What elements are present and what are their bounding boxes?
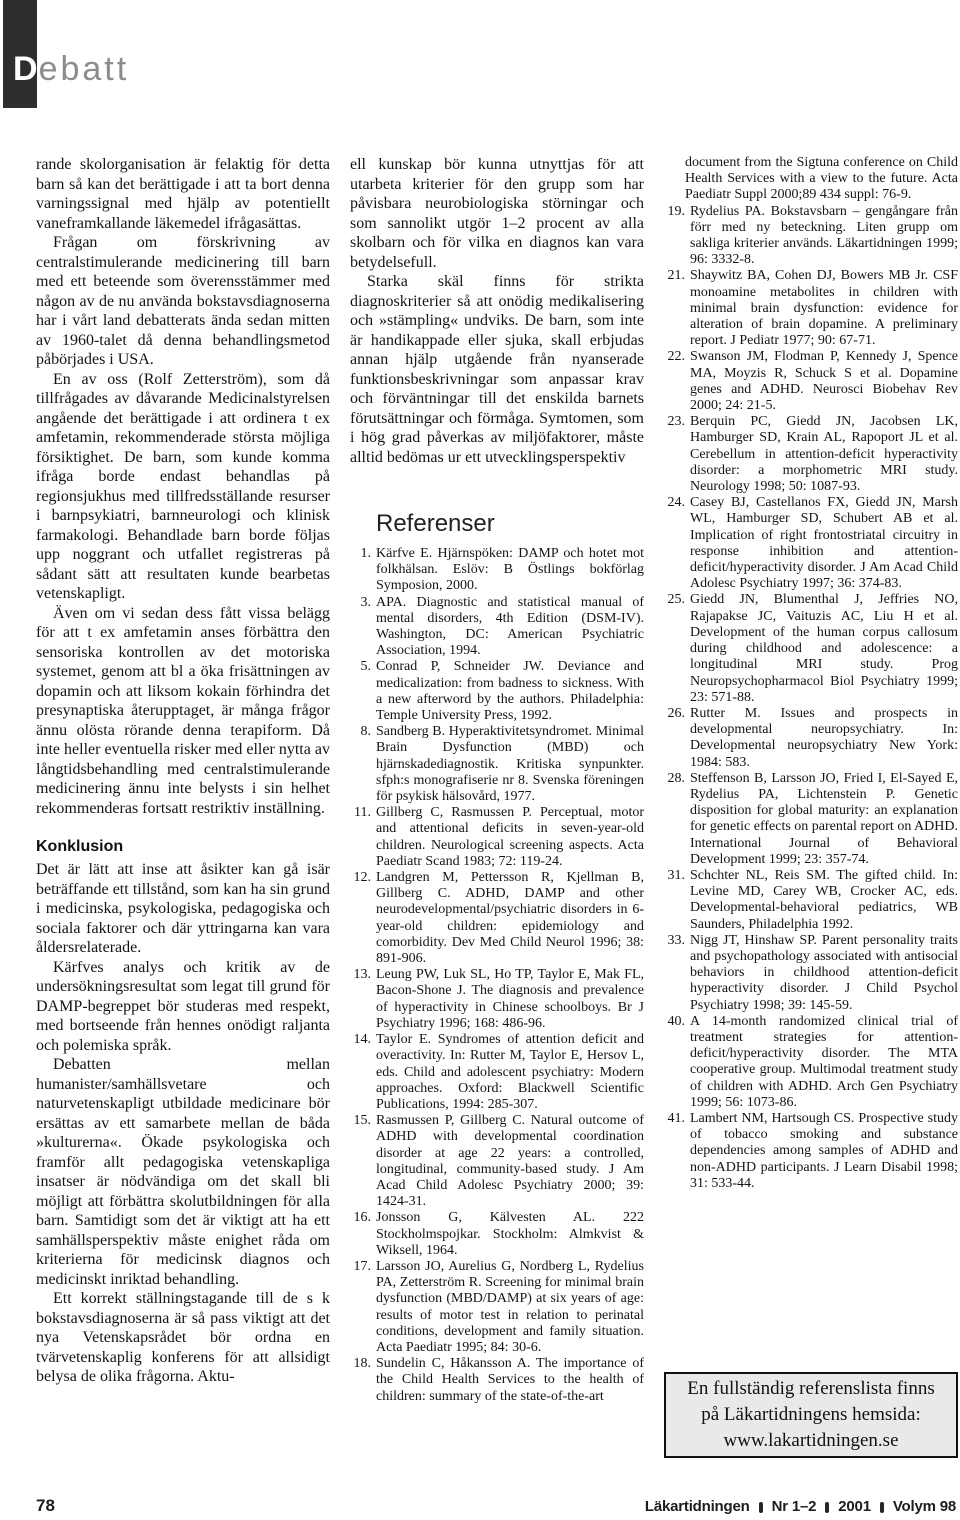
column-2: ell kunskap bör kunna utnyttjas för att … — [350, 155, 644, 1405]
reference-text: Swanson JM, Flodman P, Kennedy J, Spence… — [690, 349, 958, 413]
reference-item: 19.Rydelius PA. Bokstavsbarn – gengångar… — [664, 204, 958, 269]
footer-separator-icon — [759, 1502, 763, 1513]
reference-text: Gillberg C, Rasmussen P. Perceptual, mot… — [376, 805, 644, 869]
year-label: 2001 — [838, 1499, 871, 1515]
reference-item: 13.Leung PW, Luk SL, Ho TP, Taylor E, Ma… — [350, 967, 644, 1032]
footer-separator-icon — [880, 1502, 884, 1513]
reference-item: 33.Nigg JT, Hinshaw SP. Parent personali… — [664, 933, 958, 1014]
journal-page: Debatt rande skolorganisation är felakti… — [0, 0, 960, 1520]
reference-item: 41.Lambert NM, Hartsough CS. Prospective… — [664, 1111, 958, 1192]
reference-text: Conrad P, Schneider JW. Deviance and med… — [376, 659, 644, 723]
note-line-2: på Läkartidningens hemsida: — [666, 1402, 956, 1428]
reference-number: 5. — [350, 659, 371, 675]
reference-number: 25. — [664, 592, 685, 608]
reference-text: Leung PW, Luk SL, Ho TP, Taylor E, Mak F… — [376, 967, 644, 1031]
reference-item: 26.Rutter M. Issues and prospects in dev… — [664, 706, 958, 771]
reference-text: Rutter M. Issues and prospects in develo… — [690, 706, 958, 770]
reference-number: 23. — [664, 414, 685, 430]
paragraph: Även om vi sedan dess fått vissa belägg … — [36, 604, 330, 819]
reference-text: Jonsson G, Kälvesten AL. 222 Stockholmsp… — [376, 1210, 644, 1257]
reference-number: 26. — [664, 706, 685, 722]
reference-text: Shaywitz BA, Cohen DJ, Bowers MB Jr. CSF… — [690, 268, 958, 348]
reference-item: 5.Conrad P, Schneider JW. Deviance and m… — [350, 659, 644, 724]
column-3: document from the Sigtuna conference on … — [664, 155, 958, 1192]
reference-item: 17.Larsson JO, Aurelius G, Nordberg L, R… — [350, 1259, 644, 1356]
note-line-1: En fullständig referenslista finns — [666, 1376, 956, 1402]
reference-text: A 14-month randomized clinical trial of … — [690, 1014, 958, 1110]
reference-text: Landgren M, Pettersson R, Kjellman B, Gi… — [376, 870, 644, 966]
reference-item: 18.Sundelin C, Håkansson A. The importan… — [350, 1356, 644, 1405]
reference-text: Casey BJ, Castellanos FX, Giedd JN, Mars… — [690, 495, 958, 591]
reference-text: Schchter NL, Reis SM. The gifted child. … — [690, 868, 958, 932]
journal-name: Läkartidningen — [645, 1499, 750, 1515]
paragraph: rande skolorganisation är felaktig för d… — [36, 155, 330, 233]
paragraph: Frågan om förskrivning av centralstimule… — [36, 233, 330, 370]
reference-list: 19.Rydelius PA. Bokstavsbarn – gengångar… — [664, 204, 958, 1192]
paragraph: Kärfves analys och kritik av de undersök… — [36, 958, 330, 1056]
reference-text: APA. Diagnostic and statistical manual o… — [376, 595, 644, 659]
reference-text: Kärfve E. Hjärnspöken: DAMP och hotet mo… — [376, 546, 644, 593]
reference-text: Steffenson B, Larsson JO, Fried I, El-Sa… — [690, 771, 958, 867]
reference-item: 25.Giedd JN, Blumenthal J, Jeffries NO, … — [664, 592, 958, 705]
journal-footer: Läkartidningen Nr 1–2 2001 Volym 98 — [645, 1499, 956, 1515]
reference-text: Berquin PC, Giedd JN, Jacobsen LK, Hambu… — [690, 414, 958, 494]
reference-item: 31.Schchter NL, Reis SM. The gifted chil… — [664, 868, 958, 933]
reference-text: Taylor E. Syndromes of attention deficit… — [376, 1032, 644, 1112]
paragraph: Det är lätt att inse att åsikter kan gå … — [36, 860, 330, 958]
reference-number: 1. — [350, 546, 371, 562]
reference-item: 23.Berquin PC, Giedd JN, Jacobsen LK, Ha… — [664, 414, 958, 495]
volume-label: Volym 98 — [893, 1499, 956, 1515]
reference-continuation: document from the Sigtuna conference on … — [664, 155, 958, 204]
reference-number: 21. — [664, 268, 685, 284]
footer-separator-icon — [825, 1502, 829, 1513]
reference-item: 3.APA. Diagnostic and statistical manual… — [350, 595, 644, 660]
reference-item: 24.Casey BJ, Castellanos FX, Giedd JN, M… — [664, 495, 958, 592]
reference-item: 14.Taylor E. Syndromes of attention defi… — [350, 1032, 644, 1113]
references-heading: Referenser — [376, 511, 644, 537]
section-title-initial: D — [13, 50, 39, 88]
page-number: 78 — [36, 1497, 55, 1515]
paragraph: Debatten mellan humanister/samhällsvetar… — [36, 1055, 330, 1289]
reference-number: 33. — [664, 933, 685, 949]
reference-text: Rydelius PA. Bokstavsbarn – gengångare f… — [690, 204, 958, 268]
reference-number: 41. — [664, 1111, 685, 1127]
reference-text: Larsson JO, Aurelius G, Nordberg L, Ryde… — [376, 1259, 644, 1355]
reference-number: 28. — [664, 771, 685, 787]
reference-number: 8. — [350, 724, 371, 740]
body-text-group: rande skolorganisation är felaktig för d… — [36, 155, 330, 818]
reference-number: 22. — [664, 349, 685, 365]
reference-list: 1.Kärfve E. Hjärnspöken: DAMP och hotet … — [350, 546, 644, 1405]
reference-number: 11. — [350, 805, 371, 821]
reference-number: 17. — [350, 1259, 371, 1275]
reference-item: 21.Shaywitz BA, Cohen DJ, Bowers MB Jr. … — [664, 268, 958, 349]
full-reference-note-box: En fullständig referenslista finns på Lä… — [664, 1372, 958, 1458]
reference-text: Sandberg B. Hyperaktivitetsyndromet. Min… — [376, 724, 644, 804]
reference-text: Rasmussen P, Gillberg C. Natural outcome… — [376, 1113, 644, 1209]
issue-label: Nr 1–2 — [772, 1499, 817, 1515]
reference-number: 3. — [350, 595, 371, 611]
paragraph: ell kunskap bör kunna utnyttjas för att … — [350, 155, 644, 272]
reference-number: 14. — [350, 1032, 371, 1048]
reference-item: 16.Jonsson G, Kälvesten AL. 222 Stockhol… — [350, 1210, 644, 1259]
reference-number: 19. — [664, 204, 685, 220]
reference-number: 15. — [350, 1113, 371, 1129]
paragraph: Starka skäl finns för strikta diagnoskri… — [350, 272, 644, 467]
reference-text: Sundelin C, Håkansson A. The importance … — [376, 1356, 644, 1403]
reference-item: 1.Kärfve E. Hjärnspöken: DAMP och hotet … — [350, 546, 644, 595]
body-text-group: Det är lätt att inse att åsikter kan gå … — [36, 860, 330, 1387]
reference-item: 22.Swanson JM, Flodman P, Kennedy J, Spe… — [664, 349, 958, 414]
paragraph: En av oss (Rolf Zetterström), som då til… — [36, 370, 330, 604]
reference-item: 11.Gillberg C, Rasmussen P. Perceptual, … — [350, 805, 644, 870]
reference-number: 13. — [350, 967, 371, 983]
section-heading-konklusion: Konklusion — [36, 837, 330, 856]
section-title: Debatt — [13, 52, 129, 86]
reference-item: 40.A 14-month randomized clinical trial … — [664, 1014, 958, 1111]
reference-item: 12.Landgren M, Pettersson R, Kjellman B,… — [350, 870, 644, 967]
reference-number: 24. — [664, 495, 685, 511]
reference-item: 15.Rasmussen P, Gillberg C. Natural outc… — [350, 1113, 644, 1210]
reference-number: 31. — [664, 868, 685, 884]
body-text-group: ell kunskap bör kunna utnyttjas för att … — [350, 155, 644, 467]
reference-number: 12. — [350, 870, 371, 886]
reference-number: 40. — [664, 1014, 685, 1030]
reference-text: Lambert NM, Hartsough CS. Prospective st… — [690, 1111, 958, 1191]
reference-item: 8.Sandberg B. Hyperaktivitetsyndromet. M… — [350, 724, 644, 805]
reference-text: Giedd JN, Blumenthal J, Jeffries NO, Raj… — [690, 592, 958, 704]
note-line-3: www.lakartidningen.se — [666, 1428, 956, 1454]
reference-item: 28.Steffenson B, Larsson JO, Fried I, El… — [664, 771, 958, 868]
column-1: rande skolorganisation är felaktig för d… — [36, 155, 330, 1387]
reference-text: Nigg JT, Hinshaw SP. Parent personality … — [690, 933, 958, 1013]
section-title-rest: ebatt — [39, 50, 130, 88]
reference-number: 16. — [350, 1210, 371, 1226]
paragraph: Ett korrekt ställningstagande till de s … — [36, 1289, 330, 1387]
reference-number: 18. — [350, 1356, 371, 1372]
